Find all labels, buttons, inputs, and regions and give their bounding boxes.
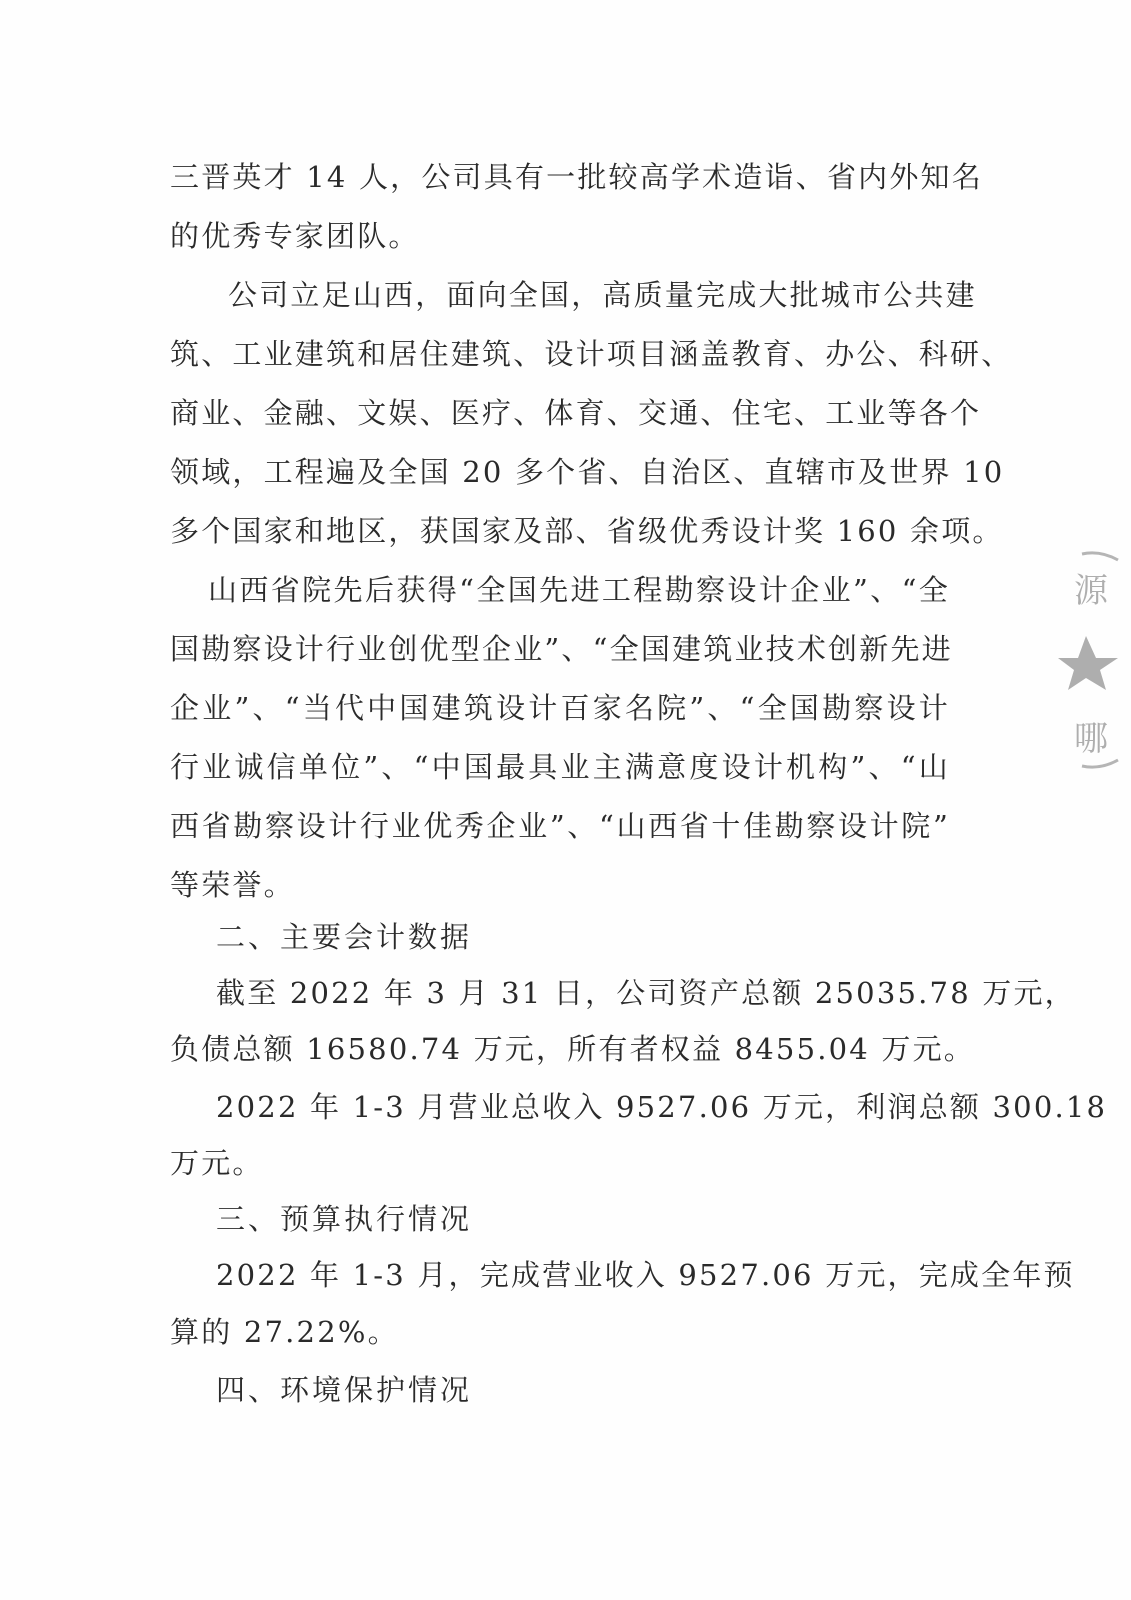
seal-arc-bottom (1082, 760, 1118, 767)
text-line: 筑、工业建筑和居住建筑、设计项目涵盖教育、办公、科研、 (170, 334, 950, 374)
text-line: 企业”、“当代中国建筑设计百家名院”、“全国勘察设计 (170, 688, 950, 728)
text-line: 山西省院先后获得“全国先进工程勘察设计企业”、“全 (208, 570, 950, 610)
text-line: 万元。 (170, 1143, 950, 1183)
text-line: 国勘察设计行业创优型企业”、“全国建筑业技术创新先进 (170, 629, 950, 669)
star-icon (1058, 636, 1118, 690)
seal-arc-top (1082, 553, 1118, 560)
seal-char-top: 源 (1074, 571, 1109, 611)
section-heading-budget: 三、预算执行情况 (216, 1199, 950, 1239)
text-line: 三晋英才 14 人，公司具有一批较高学术造诣、省内外知名 (170, 157, 950, 197)
text-line: 负债总额 16580.74 万元，所有者权益 8455.04 万元。 (170, 1029, 950, 1069)
text-line: 算的 27.22%。 (170, 1312, 950, 1352)
text-line: 的优秀专家团队。 (170, 216, 950, 256)
official-seal-stamp: 源 哪 (1052, 540, 1131, 780)
text-line: 西省勘察设计行业优秀企业”、“山西省十佳勘察设计院” (170, 806, 950, 846)
text-line: 2022 年 1-3 月，完成营业收入 9527.06 万元，完成全年预 (216, 1255, 950, 1295)
document-page: 三晋英才 14 人，公司具有一批较高学术造诣、省内外知名 的优秀专家团队。 公司… (0, 0, 1131, 1600)
text-line: 2022 年 1-3 月营业总收入 9527.06 万元，利润总额 300.18 (216, 1087, 950, 1127)
text-line: 多个国家和地区，获国家及部、省级优秀设计奖 160 余项。 (170, 511, 950, 551)
text-line: 领域，工程遍及全国 20 多个省、自治区、直辖市及世界 10 (170, 452, 950, 492)
section-heading-accounting: 二、主要会计数据 (216, 917, 950, 957)
text-line: 截至 2022 年 3 月 31 日，公司资产总额 25035.78 万元， (216, 973, 950, 1013)
text-line: 公司立足山西，面向全国，高质量完成大批城市公共建 (228, 275, 950, 315)
seal-char-bottom: 哪 (1074, 719, 1108, 759)
text-line: 等荣誉。 (170, 865, 950, 905)
section-heading-environment: 四、环境保护情况 (216, 1370, 950, 1410)
text-line: 商业、金融、文娱、医疗、体育、交通、住宅、工业等各个 (170, 393, 950, 433)
text-line: 行业诚信单位”、“中国最具业主满意度设计机构”、“山 (170, 747, 950, 787)
